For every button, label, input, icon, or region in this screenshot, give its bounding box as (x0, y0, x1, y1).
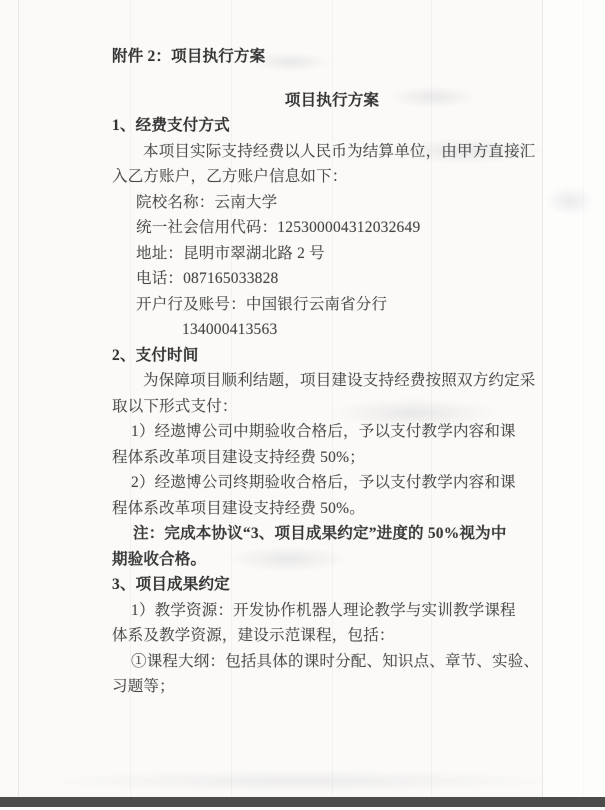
note-paragraph: 注：完成本协议“3、项目成果约定”进度的 50%视为中 期验收合格。 (112, 521, 552, 572)
payment-item-1: 1）经遨博公司中期验收合格后，予以支付教学内容和课 程体系改革项目建设支持经费 … (112, 419, 552, 470)
phone-line: 电话：087165033828 (112, 266, 552, 292)
document-body: 附件 2：项目执行方案 项目执行方案 1、经费支付方式 本项目实际支持经费以人民… (112, 44, 552, 700)
section-3-heading: 3、项目成果约定 (112, 572, 552, 598)
scan-streak (18, 0, 19, 810)
scan-right-band (543, 0, 605, 810)
course-outline-item: ①课程大纲：包括具体的课时分配、知识点、章节、实验、 习题等； (112, 649, 552, 700)
document-title: 项目执行方案 (112, 88, 552, 114)
payment-schedule-paragraph: 为保障项目顺利结题，项目建设支持经费按照双方约定采 取以下形式支付： (112, 368, 552, 419)
section-1-heading: 1、经费支付方式 (112, 113, 552, 139)
scanner-edge-bar (0, 797, 605, 807)
bleed-through-smudge (40, 770, 560, 792)
payment-item-2: 2）经遨博公司终期验收合格后，予以支付教学内容和课 程体系改革项目建设支持经费 … (112, 470, 552, 521)
credit-code-line: 统一社会信用代码：125300004312032649 (112, 215, 552, 241)
account-number-line: 134000413563 (112, 317, 552, 343)
section-2-heading: 2、支付时间 (112, 343, 552, 369)
teaching-resources-paragraph: 1）教学资源：开发协作机器人理论教学与实训教学课程 体系及教学资源，建设示范课程… (112, 598, 552, 649)
address-line: 地址：昆明市翠湖北路 2 号 (112, 241, 552, 267)
bleed-through-smudge (545, 186, 595, 216)
bank-line: 开户行及账号：中国银行云南省分行 (112, 292, 552, 318)
attachment-header: 附件 2：项目执行方案 (112, 44, 552, 70)
scanned-document-page: 附件 2：项目执行方案 项目执行方案 1、经费支付方式 本项目实际支持经费以人民… (0, 0, 605, 810)
school-name-line: 院校名称：云南大学 (112, 190, 552, 216)
payment-method-paragraph: 本项目实际支持经费以人民币为结算单位，由甲方直接汇 入乙方账户，乙方账户信息如下… (112, 139, 552, 190)
